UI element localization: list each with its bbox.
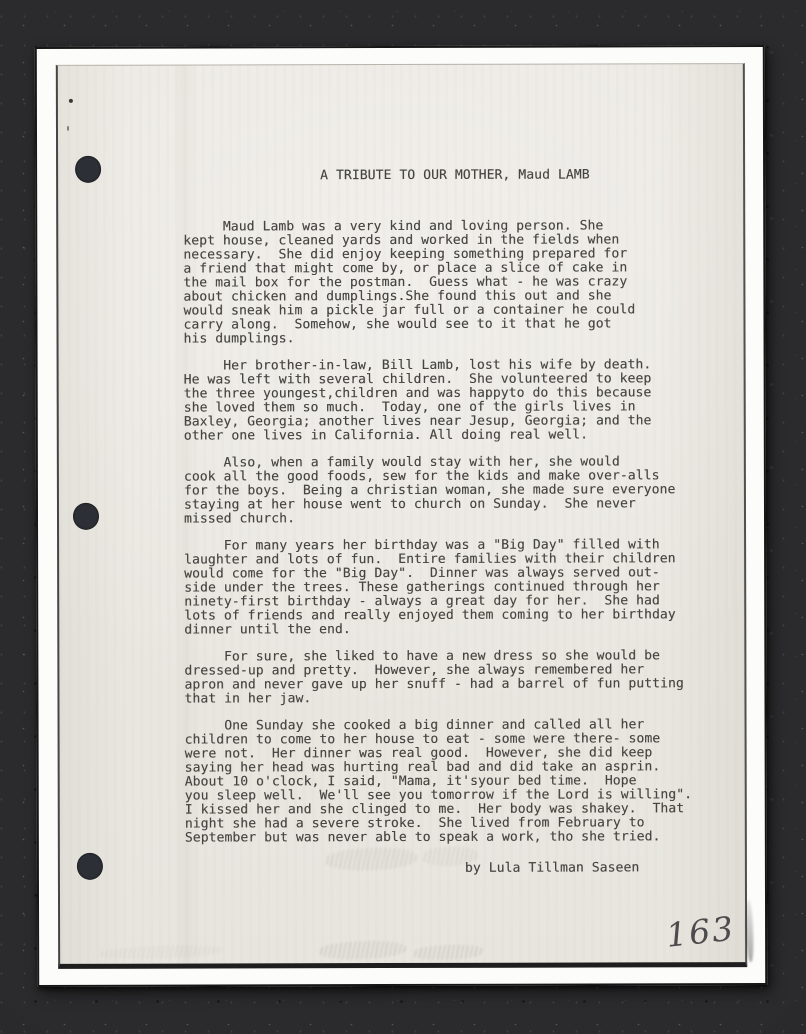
paragraph-6: One Sunday she cooked a big dinner and c… [185,718,729,845]
punch-hole-icon [75,156,101,183]
pencil-smudge [98,943,223,961]
handwritten-page-number: 163 [664,909,737,955]
pencil-smudge [412,944,485,962]
paragraph-5: For sure, she liked to have a new dress … [184,649,728,706]
page-edge-smudge [745,900,754,962]
scanned-document-page: A TRIBUTE TO OUR MOTHER, Maud LAMB Maud … [56,63,747,969]
ink-speck [67,126,69,131]
paragraph-4: For many years her birthday was a "Big D… [184,538,728,637]
document-title: A TRIBUTE TO OUR MOTHER, Maud LAMB [183,64,727,183]
ink-speck [69,99,73,103]
pencil-smudge [318,939,407,960]
punch-hole-icon [77,853,103,880]
desk-background: { "scan": { "title": "A TRIBUTE TO OUR M… [0,0,806,1034]
paragraph-1: Maud Lamb was a very kind and loving per… [183,219,727,346]
photo-of-page: A TRIBUTE TO OUR MOTHER, Maud LAMB Maud … [35,45,767,987]
paragraph-2: Her brother-in-law, Bill Lamb, lost his … [184,358,728,443]
typed-text-block: A TRIBUTE TO OUR MOTHER, Maud LAMB Maud … [183,64,729,876]
paragraph-3: Also, when a family would stay with her,… [184,455,728,526]
punch-hole-icon [73,503,99,530]
